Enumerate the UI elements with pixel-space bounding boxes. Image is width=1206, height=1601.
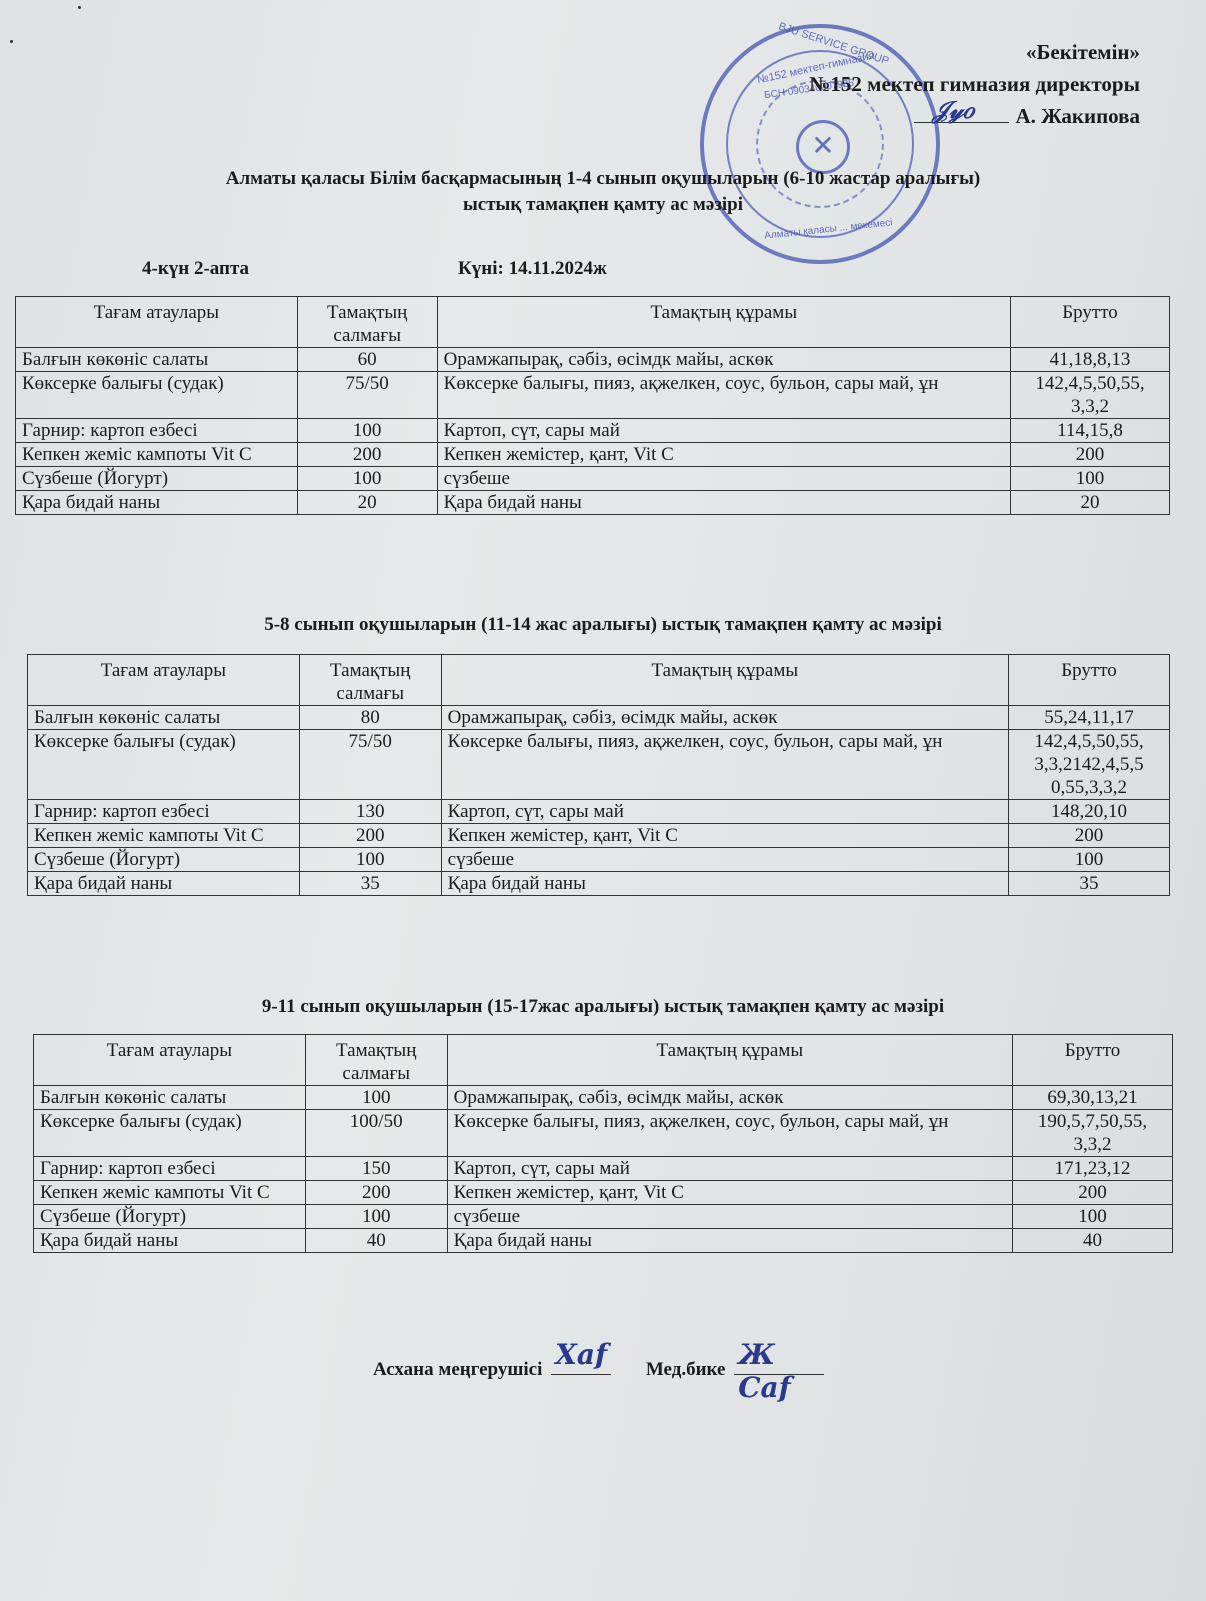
weight-cell: 100/50 (305, 1110, 447, 1157)
col-header-brutto: Брутто (1009, 655, 1170, 706)
table-row: Кепкен жеміс кампоты Vit C200Кепкен жемі… (16, 443, 1170, 467)
dish-name-cell: Қара бидай наны (16, 491, 298, 515)
brutto-cell: 142,4,5,50,55, 3,3,2142,4,5,5 0,55,3,3,2 (1009, 730, 1170, 800)
table-row: Сүзбеше (Йогурт)100сүзбеше100 (16, 467, 1170, 491)
dish-name-cell: Балғын көкөніс салаты (28, 706, 300, 730)
brutto-cell: 100 (1011, 467, 1170, 491)
dish-name-cell: Кепкен жеміс кампоты Vit C (34, 1181, 306, 1205)
dish-name-cell: Гарнир: картоп езбесі (34, 1157, 306, 1181)
dish-name-cell: Сүзбеше (Йогурт) (16, 467, 298, 491)
table-row: Сүзбеше (Йогурт)100сүзбеше100 (34, 1205, 1173, 1229)
director-signature: 𝒥𝓎𝑜 (914, 102, 1009, 123)
section-title-grades-5-8: 5-8 сынып оқушыларын (11-14 жас аралығы)… (0, 612, 1206, 638)
weight-cell: 130 (299, 800, 441, 824)
ingredients-cell: Кепкен жемістер, қант, Vit C (437, 443, 1010, 467)
dish-name-cell: Сүзбеше (Йогурт) (34, 1205, 306, 1229)
approval-heading: «Бекітемін» (809, 36, 1140, 68)
cook-label: Асхана меңгерушісі (373, 1359, 542, 1380)
table-row: Балғын көкөніс салаты100Орамжапырақ, сәб… (34, 1086, 1173, 1110)
brutto-cell: 200 (1011, 443, 1170, 467)
col-header-weight: Тамақтың салмағы (299, 655, 441, 706)
ingredients-cell: сүзбеше (441, 848, 1008, 872)
day-week: 4-күн 2-апта (142, 258, 249, 280)
table-row: Гарнир: картоп езбесі150Картоп, сүт, сар… (34, 1157, 1173, 1181)
ingredients-cell: Көксерке балығы, пияз, ақжелкен, соус, б… (437, 372, 1010, 419)
dish-name-cell: Кепкен жеміс кампоты Vit C (16, 443, 298, 467)
table-row: Гарнир: картоп езбесі100Картоп, сүт, сар… (16, 419, 1170, 443)
brutto-cell: 171,23,12 (1013, 1157, 1173, 1181)
ingredients-cell: Орамжапырақ, сәбіз, өсімдк майы, аскөк (447, 1086, 1012, 1110)
document-title-line2: ыстық тамақпен қамту ас мәзірі (0, 192, 1206, 218)
ingredients-cell: Қара бидай наны (441, 872, 1008, 896)
table-row: Қара бидай наны35Қара бидай наны35 (28, 872, 1170, 896)
dish-name-cell: Кепкен жеміс кампоты Vit C (28, 824, 300, 848)
dish-name-cell: Көксерке балығы (судак) (34, 1110, 306, 1157)
cook-signature-line: Хаf (551, 1356, 611, 1375)
weight-cell: 20 (297, 491, 437, 515)
col-header-dish: Тағам атаулары (34, 1035, 306, 1086)
table-row: Балғын көкөніс салаты80Орамжапырақ, сәбі… (28, 706, 1170, 730)
approval-block: «Бекітемін» №152 мектеп гимназия директо… (809, 36, 1140, 132)
weight-cell: 100 (297, 419, 437, 443)
ingredients-cell: сүзбеше (437, 467, 1010, 491)
menu-table-grades-9-11: Тағам атаулары Тамақтың салмағы Тамақтың… (33, 1034, 1173, 1253)
weight-cell: 40 (305, 1229, 447, 1253)
ingredients-cell: Картоп, сүт, сары май (447, 1157, 1012, 1181)
nurse-signature-line: Ж Саf (734, 1356, 824, 1375)
dish-name-cell: Балғын көкөніс салаты (16, 348, 298, 372)
brutto-cell: 55,24,11,17 (1009, 706, 1170, 730)
weight-cell: 200 (297, 443, 437, 467)
paper-mark (10, 40, 13, 43)
col-header-ingredients: Тамақтың құрамы (447, 1035, 1012, 1086)
dish-name-cell: Қара бидай наны (34, 1229, 306, 1253)
brutto-cell: 114,15,8 (1011, 419, 1170, 443)
ingredients-cell: Кепкен жемістер, қант, Vit C (447, 1181, 1012, 1205)
brutto-cell: 200 (1009, 824, 1170, 848)
weight-cell: 100 (305, 1205, 447, 1229)
menu-table-grades-1-4: Тағам атаулары Тамақтың салмағы Тамақтың… (15, 296, 1170, 515)
nurse-label: Мед.бике (646, 1359, 726, 1380)
table-row: Қара бидай наны40Қара бидай наны40 (34, 1229, 1173, 1253)
col-header-weight: Тамақтың салмағы (297, 297, 437, 348)
brutto-cell: 190,5,7,50,55, 3,3,2 (1013, 1110, 1173, 1157)
table-row: Балғын көкөніс салаты60Орамжапырақ, сәбі… (16, 348, 1170, 372)
cook-signature: Хаf (555, 1338, 607, 1371)
col-header-weight: Тамақтың салмағы (305, 1035, 447, 1086)
table-header-row: Тағам атаулары Тамақтың салмағы Тамақтың… (16, 297, 1170, 348)
weight-cell: 100 (299, 848, 441, 872)
approval-name-line: 𝒥𝓎𝑜А. Жакипова (809, 100, 1140, 132)
approval-position: №152 мектеп гимназия директоры (809, 68, 1140, 100)
dish-name-cell: Балғын көкөніс салаты (34, 1086, 306, 1110)
ingredients-cell: Кепкен жемістер, қант, Vit C (441, 824, 1008, 848)
document-title-line1: Алматы қаласы Білім басқармасының 1-4 сы… (0, 166, 1206, 192)
nurse-signature: Ж Саf (738, 1338, 824, 1404)
weight-cell: 200 (305, 1181, 447, 1205)
menu-table-grades-5-8: Тағам атаулары Тамақтың салмағы Тамақтың… (27, 654, 1170, 896)
weight-cell: 75/50 (299, 730, 441, 800)
weight-cell: 100 (297, 467, 437, 491)
brutto-cell: 148,20,10 (1009, 800, 1170, 824)
brutto-cell: 200 (1013, 1181, 1173, 1205)
col-header-brutto: Брутто (1011, 297, 1170, 348)
weight-cell: 80 (299, 706, 441, 730)
ingredients-cell: Орамжапырақ, сәбіз, өсімдк майы, аскөк (441, 706, 1008, 730)
weight-cell: 35 (299, 872, 441, 896)
brutto-cell: 40 (1013, 1229, 1173, 1253)
col-header-ingredients: Тамақтың құрамы (441, 655, 1008, 706)
signatures-footer: Асхана меңгерушісі Хаf Мед.бике Ж Саf (373, 1356, 824, 1381)
brutto-cell: 20 (1011, 491, 1170, 515)
dish-name-cell: Гарнир: картоп езбесі (16, 419, 298, 443)
director-name: А. Жакипова (1015, 104, 1140, 128)
col-header-ingredients: Тамақтың құрамы (437, 297, 1010, 348)
table-row: Көксерке балығы (судак)75/50Көксерке бал… (16, 372, 1170, 419)
ingredients-cell: сүзбеше (447, 1205, 1012, 1229)
ingredients-cell: Картоп, сүт, сары май (437, 419, 1010, 443)
menu-date: Күні: 14.11.2024ж (458, 258, 607, 280)
col-header-dish: Тағам атаулары (16, 297, 298, 348)
table-row: Сүзбеше (Йогурт)100сүзбеше100 (28, 848, 1170, 872)
table-row: Кепкен жеміс кампоты Vit C200Кепкен жемі… (34, 1181, 1173, 1205)
dish-name-cell: Көксерке балығы (судак) (28, 730, 300, 800)
table-row: Кепкен жеміс кампоты Vit C200Кепкен жемі… (28, 824, 1170, 848)
weight-cell: 200 (299, 824, 441, 848)
dish-name-cell: Көксерке балығы (судак) (16, 372, 298, 419)
ingredients-cell: Көксерке балығы, пияз, ақжелкен, соус, б… (447, 1110, 1012, 1157)
section-title-grades-9-11: 9-11 сынып оқушыларын (15-17жас аралығы)… (0, 994, 1206, 1020)
ingredients-cell: Қара бидай наны (437, 491, 1010, 515)
brutto-cell: 41,18,8,13 (1011, 348, 1170, 372)
col-header-dish: Тағам атаулары (28, 655, 300, 706)
brutto-cell: 142,4,5,50,55, 3,3,2 (1011, 372, 1170, 419)
dish-name-cell: Сүзбеше (Йогурт) (28, 848, 300, 872)
dish-name-cell: Қара бидай наны (28, 872, 300, 896)
brutto-cell: 100 (1013, 1205, 1173, 1229)
brutto-cell: 69,30,13,21 (1013, 1086, 1173, 1110)
ingredients-cell: Қара бидай наны (447, 1229, 1012, 1253)
weight-cell: 60 (297, 348, 437, 372)
ingredients-cell: Көксерке балығы, пияз, ақжелкен, соус, б… (441, 730, 1008, 800)
table-row: Көксерке балығы (судак)75/50Көксерке бал… (28, 730, 1170, 800)
ingredients-cell: Орамжапырақ, сәбіз, өсімдк майы, аскөк (437, 348, 1010, 372)
signature-scribble: 𝒥𝓎𝑜 (932, 94, 973, 126)
ingredients-cell: Картоп, сүт, сары май (441, 800, 1008, 824)
col-header-brutto: Брутто (1013, 1035, 1173, 1086)
table-row: Қара бидай наны20Қара бидай наны20 (16, 491, 1170, 515)
table-header-row: Тағам атаулары Тамақтың салмағы Тамақтың… (28, 655, 1170, 706)
dish-name-cell: Гарнир: картоп езбесі (28, 800, 300, 824)
weight-cell: 100 (305, 1086, 447, 1110)
brutto-cell: 35 (1009, 872, 1170, 896)
table-header-row: Тағам атаулары Тамақтың салмағы Тамақтың… (34, 1035, 1173, 1086)
paper-mark (78, 6, 81, 9)
table-row: Көксерке балығы (судак)100/50Көксерке ба… (34, 1110, 1173, 1157)
table-row: Гарнир: картоп езбесі130Картоп, сүт, сар… (28, 800, 1170, 824)
weight-cell: 150 (305, 1157, 447, 1181)
brutto-cell: 100 (1009, 848, 1170, 872)
weight-cell: 75/50 (297, 372, 437, 419)
